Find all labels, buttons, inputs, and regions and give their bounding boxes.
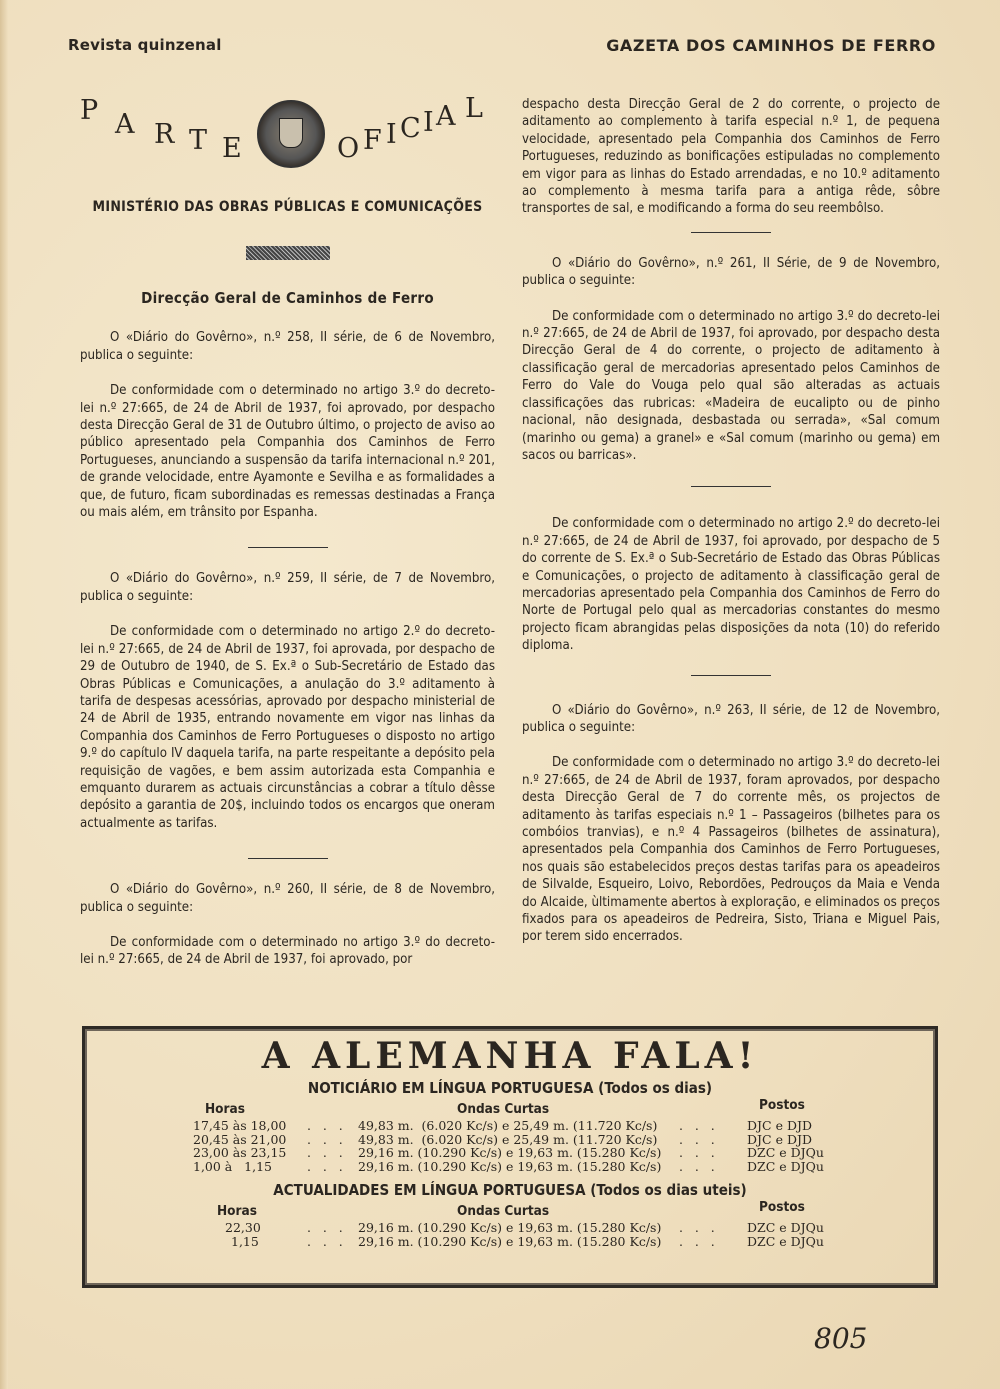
row-ondas: 29,16 m. (10.290 Kc/s) e 19,63 m. (15.28… xyxy=(358,1146,661,1160)
column-header-horas: Horas xyxy=(217,1203,257,1219)
notice-body-continuation: despacho desta Direcção Geral de 2 do co… xyxy=(522,96,940,218)
leader-dots: . . . xyxy=(679,1235,715,1249)
divider-rule xyxy=(248,547,328,548)
notice-intro: O «Diário do Govêrno», n.º 259, II série… xyxy=(80,570,495,605)
right-column: despacho desta Direcção Geral de 2 do co… xyxy=(522,96,940,946)
leader-dots: . . . xyxy=(307,1119,343,1133)
leader-dots: . . . xyxy=(679,1119,715,1133)
schedule-row: 17,45 às 18,00 . . . 49,83 m. (6.020 Kc/… xyxy=(85,1119,935,1133)
row-horas: 17,45 às 18,00 xyxy=(193,1119,286,1133)
column-header-horas: Horas xyxy=(205,1101,245,1117)
schedule-row: 23,00 às 23,15 . . . 29,16 m. (10.290 Kc… xyxy=(85,1146,935,1160)
advertisement-box: A ALEMANHA FALA! NOTICIÁRIO EM LÍNGUA PO… xyxy=(82,1026,938,1288)
running-head: Revista quinzenal GAZETA DOS CAMINHOS DE… xyxy=(68,36,936,58)
schedule-table: 17,45 às 18,00 . . . 49,83 m. (6.020 Kc/… xyxy=(85,1119,935,1173)
leader-dots: . . . xyxy=(307,1235,343,1249)
row-postos: DZC e DJQu xyxy=(747,1235,824,1249)
heading-letter: L xyxy=(465,100,483,117)
row-postos: DZC e DJQu xyxy=(747,1160,824,1174)
page-number: 805 xyxy=(814,1322,867,1355)
row-ondas: 29,16 m. (10.290 Kc/s) e 19,63 m. (15.28… xyxy=(358,1160,661,1174)
notice-body: De conformidade com o determinado no art… xyxy=(522,515,940,654)
notice-body: De conformidade com o determinado no art… xyxy=(522,308,940,465)
heading-letter: T xyxy=(189,132,207,149)
leader-dots: . . . xyxy=(307,1133,343,1147)
row-ondas: 49,83 m. (6.020 Kc/s) e 25,49 m. (11.720… xyxy=(358,1133,657,1147)
ad-section-heading: ACTUALIDADES EM LÍNGUA PORTUGUESA (Todos… xyxy=(85,1181,935,1199)
hatched-ornament xyxy=(246,246,330,260)
journal-frequency: Revista quinzenal xyxy=(68,36,222,54)
divider-rule xyxy=(691,232,771,233)
leader-dots: . . . xyxy=(679,1133,715,1147)
page-edge xyxy=(0,0,8,1389)
leader-dots: . . . xyxy=(679,1160,715,1174)
notice-body: De conformidade com o determinado no art… xyxy=(80,382,495,521)
notice-body: De conformidade com o determinado no art… xyxy=(80,623,495,832)
notice-intro: O «Diário do Govêrno», n.º 261, II Série… xyxy=(522,255,940,290)
section-title: Direcção Geral de Caminhos de Ferro xyxy=(80,290,495,307)
heading-letter: F xyxy=(363,132,382,149)
parte-oficial-heading: P A R T E O F I C I A L MINISTÉRIO DAS O… xyxy=(80,96,495,206)
column-header-ondas: Ondas Curtas xyxy=(457,1203,549,1219)
row-horas: 22,30 xyxy=(225,1221,261,1235)
leader-dots: . . . xyxy=(679,1146,715,1160)
schedule-row: 22,30 . . . 29,16 m. (10.290 Kc/s) e 19,… xyxy=(85,1221,935,1235)
column-header-postos: Postos xyxy=(759,1199,805,1215)
heading-letter: C xyxy=(400,120,421,137)
row-ondas: 29,16 m. (10.290 Kc/s) e 19,63 m. (15.28… xyxy=(358,1221,661,1235)
leader-dots: . . . xyxy=(307,1160,343,1174)
notice-intro: O «Diário do Govêrno», n.º 260, II série… xyxy=(80,881,495,916)
heading-letter: I xyxy=(386,126,397,143)
row-horas: 23,00 às 23,15 xyxy=(193,1146,286,1160)
row-horas: 1,00 à 1,15 xyxy=(193,1160,272,1174)
divider-rule xyxy=(691,486,771,487)
journal-title: GAZETA DOS CAMINHOS DE FERRO xyxy=(606,36,936,55)
leader-dots: . . . xyxy=(307,1221,343,1235)
row-horas: 20,45 às 21,00 xyxy=(193,1133,286,1147)
row-postos: DZC e DJQu xyxy=(747,1146,824,1160)
ad-section-heading: NOTICIÁRIO EM LÍNGUA PORTUGUESA (Todos o… xyxy=(85,1079,935,1097)
heading-letter: O xyxy=(337,140,359,157)
heading-letter: E xyxy=(222,140,242,157)
column-header-ondas: Ondas Curtas xyxy=(457,1101,549,1117)
schedule-table: 22,30 . . . 29,16 m. (10.290 Kc/s) e 19,… xyxy=(85,1221,935,1248)
divider-rule xyxy=(248,858,328,859)
column-header-postos: Postos xyxy=(759,1097,805,1113)
schedule-row: 20,45 às 21,00 . . . 49,83 m. (6.020 Kc/… xyxy=(85,1133,935,1147)
notice-intro: O «Diário do Govêrno», n.º 263, II série… xyxy=(522,702,940,737)
coat-of-arms-icon xyxy=(257,100,325,168)
row-postos: DJC e DJD xyxy=(747,1133,812,1147)
schedule-row: 1,00 à 1,15 . . . 29,16 m. (10.290 Kc/s)… xyxy=(85,1160,935,1174)
row-horas: 1,15 xyxy=(231,1235,259,1249)
schedule-row: 1,15 . . . 29,16 m. (10.290 Kc/s) e 19,6… xyxy=(85,1235,935,1249)
divider-rule xyxy=(691,675,771,676)
heading-letter: P xyxy=(80,102,98,119)
heading-letter: A xyxy=(436,108,456,125)
left-column: P A R T E O F I C I A L MINISTÉRIO DAS O… xyxy=(80,96,495,969)
heading-letter: I xyxy=(423,114,434,131)
leader-dots: . . . xyxy=(307,1146,343,1160)
ad-title: A ALEMANHA FALA! xyxy=(85,1035,935,1077)
row-postos: DZC e DJQu xyxy=(747,1221,824,1235)
row-ondas: 49,83 m. (6.020 Kc/s) e 25,49 m. (11.720… xyxy=(358,1119,657,1133)
notice-intro: O «Diário do Govêrno», n.º 258, II série… xyxy=(80,329,495,364)
schedule-header: Horas Ondas Curtas Postos xyxy=(85,1199,935,1219)
heading-letter: R xyxy=(154,126,174,143)
row-postos: DJC e DJD xyxy=(747,1119,812,1133)
schedule-header: Horas Ondas Curtas Postos xyxy=(85,1097,935,1117)
ministry-title: MINISTÉRIO DAS OBRAS PÚBLICAS E COMUNICA… xyxy=(80,199,495,216)
leader-dots: . . . xyxy=(679,1221,715,1235)
heading-letter: A xyxy=(115,116,135,133)
notice-body: De conformidade com o determinado no art… xyxy=(80,934,495,969)
notice-body: De conformidade com o determinado no art… xyxy=(522,754,940,945)
row-ondas: 29,16 m. (10.290 Kc/s) e 19,63 m. (15.28… xyxy=(358,1235,661,1249)
